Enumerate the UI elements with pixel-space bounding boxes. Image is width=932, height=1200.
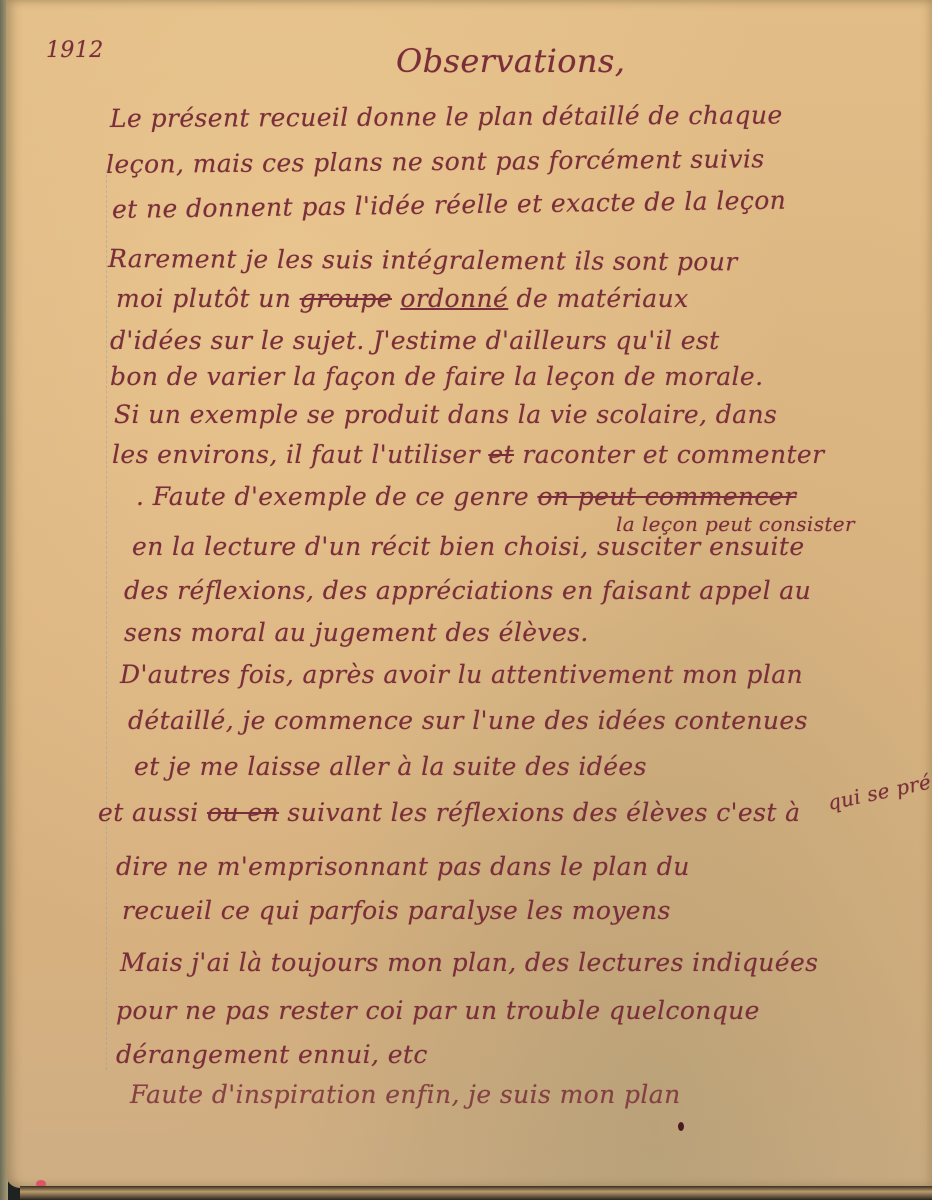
line-end: raconter et commenter [522,440,824,469]
text-line: et aussi ou en suivant les réflexions de… [98,798,800,827]
text-line: sens moral au jugement des élèves. [124,618,589,647]
text-line: et ne donnent pas l'idée réelle et exact… [112,186,787,224]
ink-blot [678,1122,684,1131]
line-end: de matériaux [517,284,689,313]
text-line: D'autres fois, après avoir lu attentivem… [120,660,803,689]
text-line: en la lecture d'un récit bien choisi, su… [132,532,805,561]
text-line: moi plutôt un groupe ordonné de matériau… [116,284,689,313]
text-line: leçon, mais ces plans ne sont pas forcém… [106,144,765,179]
text-line: recueil ce qui parfois paralyse les moye… [122,896,671,925]
text-line: Mais j'ai là toujours mon plan, des lect… [120,948,818,977]
struck-phrase: on peut commencer [537,482,796,511]
line-end: suivant les réflexions des élèves c'est … [287,798,800,827]
page-stack-edge [20,1186,932,1200]
line-start: et aussi [98,798,199,827]
inserted-phrase: qui se présentent [826,753,932,815]
struck-word: groupe [300,284,392,313]
text-line: dire ne m'emprisonnant pas dans le plan … [116,852,690,881]
text-line: Rarement je les suis intégralement ils s… [108,244,738,276]
text-line: les environs, il faut l'utiliser et raco… [112,440,824,469]
struck-word: ou en [207,798,279,827]
text-line: et je me laisse aller à la suite des idé… [134,752,647,781]
text-line: d'idées sur le sujet. J'estime d'ailleur… [110,326,720,355]
text-line: des réflexions, des appréciations en fai… [124,576,811,605]
margin-rule [106,170,108,1070]
text-line: Faute d'inspiration enfin, je suis mon p… [130,1080,681,1109]
underlined-word: ordonné [400,284,508,313]
page-title: Observations, [396,42,625,80]
line-start: . Faute d'exemple de ce genre [136,482,529,511]
text-line: Le présent recueil donne le plan détaill… [110,100,783,133]
manuscript-page: 1912 Observations, Le présent recueil do… [6,0,932,1188]
text-line: . Faute d'exemple de ce genre on peut co… [136,482,796,511]
line-start: moi plutôt un [116,284,291,313]
text-line: Si un exemple se produit dans la vie sco… [114,400,777,429]
text-line: bon de varier la façon de faire la leçon… [110,362,763,391]
text-line: détaillé, je commence sur l'une des idée… [128,706,808,735]
text-line: dérangement ennui, etc [116,1040,428,1069]
line-start: les environs, il faut l'utiliser [112,440,480,469]
page-number: 1912 [46,38,104,63]
text-line: pour ne pas rester coi par un trouble qu… [116,996,760,1025]
struck-word: et [488,440,514,469]
